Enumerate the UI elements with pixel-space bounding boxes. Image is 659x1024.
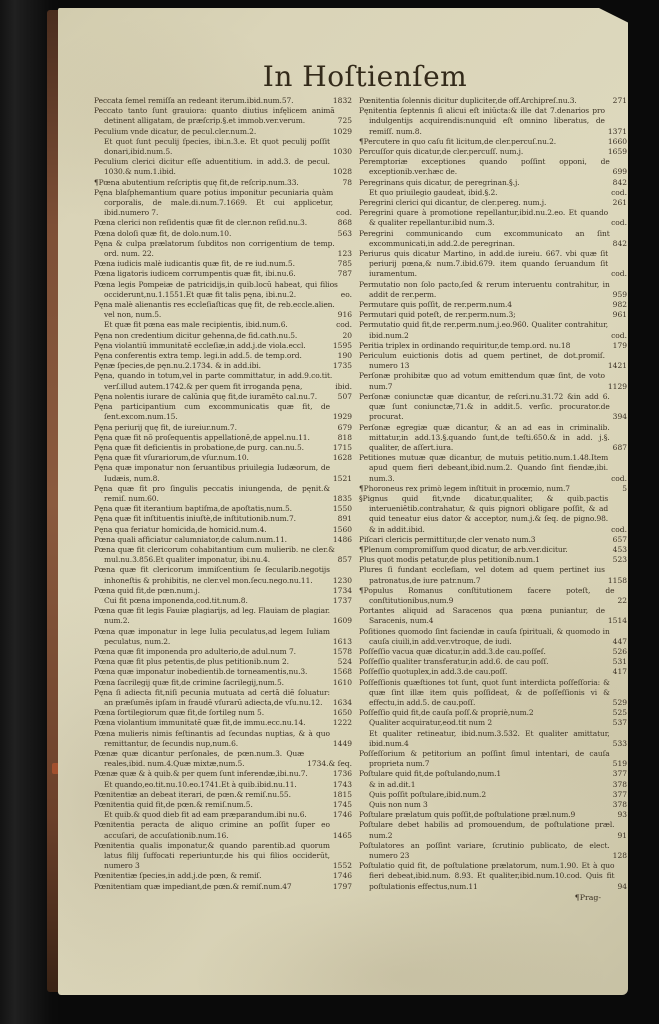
entry-number: cod.	[333, 320, 352, 330]
entry-number: 20	[339, 331, 352, 341]
entry-text: Periculum euictionis dotis ad quem perti…	[359, 351, 605, 371]
entry-number: 959	[610, 290, 627, 300]
entry-number: 507	[335, 392, 352, 402]
index-entry: Pœnitentia qualis imponatur,& quando par…	[94, 841, 352, 872]
entry-text: ¶Plenum compromiſſum quod dicatur, de ar…	[359, 545, 610, 555]
entry-text: & in ad.dit.1	[359, 780, 610, 790]
entry-text: Pœna quæ fit imponenda pro adulterio,de …	[94, 647, 330, 657]
entry-number: 1734.& ſeq.	[304, 759, 352, 769]
index-entry: ¶Phoroneus rex primò legem inſtituit in …	[359, 484, 627, 494]
entry-text: §Pignus quid fit,vnde dicatur,qualiter, …	[359, 494, 608, 535]
entry-number: 1560	[330, 525, 352, 535]
entry-number: 1610	[330, 678, 352, 688]
index-entry: Pęna quæ fit vſurariorum,de vſur.num.10.…	[94, 453, 352, 463]
entry-number: 1613	[330, 637, 352, 647]
entry-number: 1158	[605, 576, 627, 586]
entry-text: ¶Pœna abutentium reſcriptis quę fit,de r…	[94, 178, 339, 188]
entry-text: Pęnitentia ſeptennis ſi alicui eſt iniūc…	[359, 106, 605, 137]
entry-text: Et quando,eo.tit.nu.10.eo.1741.Et à quib…	[94, 780, 330, 790]
index-entry: Et qualiter retineatur, ibid.num.3.532. …	[359, 729, 627, 749]
index-entry: Permutare quis poſſit, de rer.perm.num.4…	[359, 300, 627, 310]
entry-text: Quis poſſit poſtulare,ibid.num.2	[359, 790, 610, 800]
entry-text: Poſſeſſio qualiter transferatur,in add.6…	[359, 657, 610, 667]
entry-number: 961	[610, 310, 627, 320]
entry-number: 787	[335, 269, 352, 279]
entry-number: 394	[610, 412, 627, 422]
entry-number: 687	[610, 443, 627, 453]
entry-text: Pœna ligatoris iudicem corrumpentis quæ …	[94, 269, 335, 279]
index-entry: Pęna non credentium dicitur gehenna,de f…	[94, 331, 352, 341]
entry-text: Et quæ fit pœna eas male recipientis, ib…	[94, 320, 333, 330]
entry-text: Poſtulatio quid fit, de poſtulatione præ…	[359, 861, 614, 892]
entry-text: Pœna quæ fit plus petentis,de plus petit…	[94, 657, 335, 667]
entry-number: 1230	[330, 576, 352, 586]
index-entry: Pœnitentiæ ſpecies,in add.j.de pœn, & re…	[94, 871, 352, 881]
entry-text: Pęna quæ fit pro ſingulis peccatis iniun…	[94, 484, 330, 504]
entry-number: 842	[610, 239, 627, 249]
index-entry: Periculum euictionis dotis ad quem perti…	[359, 351, 627, 371]
entry-text: Et quo priuilegio gaudeat, ibid.§.2.	[359, 188, 608, 198]
index-entry: Pœna ſacrilegij quæ fit,de crimine ſacri…	[94, 678, 352, 688]
entry-number: 529	[610, 698, 627, 708]
entry-number: 378	[610, 780, 627, 790]
entry-number: cod.	[608, 269, 627, 279]
entry-text: Pęna periurij quę fit, de iureiur.num.7.	[94, 423, 335, 433]
entry-text: Pęna, quando in totum,vel in parte commi…	[94, 371, 332, 391]
index-entry: ¶Pœna abutentium reſcriptis quę fit,de r…	[94, 178, 352, 188]
entry-number: 1929	[330, 412, 352, 422]
index-entry: Peccata ſemel remiſſa an redeant iterum.…	[94, 96, 352, 106]
entry-text: Pœna quali afficiatur calumniator,de cal…	[94, 535, 330, 545]
entry-number: 1028	[330, 167, 352, 177]
entry-text: Pęna quæ fit nō proſequentis appellation…	[94, 433, 335, 443]
entry-number: cod.	[608, 331, 627, 341]
entry-number: 1743	[330, 780, 352, 790]
entry-text: Pęna quæ imponatur non ſeruantibus priui…	[94, 463, 330, 483]
entry-text: Pœna quæ imponatur in lege Iulia peculat…	[94, 627, 330, 647]
entry-text: Peregrini communicando cum excommunicato…	[359, 229, 610, 249]
entry-number: 1578	[330, 647, 352, 657]
entry-text: Plus quot modis petatur,de plus petition…	[359, 555, 610, 565]
index-entry: Pœnitentiæ an debeat iterari, de pœn.& r…	[94, 790, 352, 800]
index-entry: Perſonæ prohibitæ quo ad votum emittendu…	[359, 371, 627, 391]
index-entry: Pęna, quando in totum,vel in parte commi…	[94, 371, 352, 391]
catchword: ¶Prag-	[359, 893, 627, 903]
entry-number: 524	[335, 657, 352, 667]
index-entry: Pęna blaſphemantium quare potius imponit…	[94, 188, 352, 219]
index-entry: Poſſeſſio quotuplex,in add.3.de cau.poſſ…	[359, 667, 627, 677]
entry-text: Pœnitentiæ an debeat iterari, de pœn.& r…	[94, 790, 330, 800]
entry-text: Poſſeſſionis quæſtiones tot ſunt, quot ſ…	[359, 678, 610, 709]
entry-text: Poſtulare debet habilis ad promouendum, …	[359, 820, 614, 840]
entry-text: ¶Populus Romanus conſtitutionem facere p…	[359, 586, 614, 606]
index-entry: Plus quot modis petatur,de plus petition…	[359, 555, 627, 565]
entry-number: 1650	[330, 708, 352, 718]
index-entry: ¶Percutere in quo caſu fit licitum,de cl…	[359, 137, 627, 147]
index-entry: Peregrini quare à promotione repellantur…	[359, 208, 627, 228]
index-entry: Percuſſor quis dicatur,de cler.percuſſ. …	[359, 147, 627, 157]
entry-number: 537	[610, 718, 627, 728]
entry-number: cod.	[608, 525, 627, 535]
index-entry: Poſtulare prælatum quis poſſit,de poſtul…	[359, 810, 627, 820]
index-entry: Pœna mulieris nimis feſtinantis ad ſecun…	[94, 729, 352, 749]
entry-number: 699	[610, 167, 627, 177]
entry-text: Permutare quis poſſit, de rer.perm.num.4	[359, 300, 610, 310]
entry-number: 1832	[330, 96, 352, 106]
entry-number: 1595	[330, 341, 352, 351]
entry-text: Pęna quæ fit inſtituentis iniuſtè,de inſ…	[94, 514, 335, 524]
index-entry: Peregrinans quis dicatur, de peregrinan.…	[359, 178, 627, 188]
entry-text: Pœna mulieris nimis feſtinantis ad ſecun…	[94, 729, 330, 749]
index-entry: Peremptoriæ exceptiones quando poſſint o…	[359, 157, 627, 177]
entry-number: 377	[610, 769, 627, 779]
entry-text: Peregrini quare à promotione repellantur…	[359, 208, 608, 228]
entry-number: 1660	[605, 137, 627, 147]
entry-text: Pœna quæ fit clericorum immiſcentium ſe …	[94, 565, 330, 585]
index-entry: Pœna violantium immunitatē quæ fit,de im…	[94, 718, 352, 728]
index-entry: Poſtulatio quid fit, de poſtulatione præ…	[359, 861, 627, 892]
index-entry: Poſſeſſio vacua quæ dicatur,in add.3.de …	[359, 647, 627, 657]
index-entry: Pęna violantiū immunitatē eccleſiæ,in ad…	[94, 341, 352, 351]
entry-number: 679	[335, 423, 352, 433]
entry-text: Poſſeſſorium & petitorium an poſſint ſim…	[359, 749, 610, 769]
entry-text: Poſſeſſio quid fit,de cauſa poſſ.& propr…	[359, 708, 610, 718]
entry-number: 891	[335, 514, 352, 524]
entry-text: Percuſſor quis dicatur,de cler.percuſſ. …	[359, 147, 605, 157]
index-entry: Permutari quid poteſt, de rer.perm.num.3…	[359, 310, 627, 320]
index-entry: Pęna participantium cum excommunicatis q…	[94, 402, 352, 422]
entry-number: 1745	[330, 800, 352, 810]
entry-number: eo.	[338, 290, 352, 300]
index-entry: Pęna periurij quę fit, de iureiur.num.7.…	[94, 423, 352, 433]
entry-text: Poſtulare quid fit,de poſtulando,num.1	[359, 769, 610, 779]
index-entry: Pęna malè alienantis res eccleſiaſticas …	[94, 300, 352, 320]
index-entry: Portantes aliquid ad Saracenos qua pœna …	[359, 606, 627, 626]
index-entry: Et quæ fit pœna eas male recipientis, ib…	[94, 320, 352, 330]
index-entry: Pœna quæ fit plus petentis,de plus petit…	[94, 657, 352, 667]
index-entry: Pęna nolentis iurare de calūnia quę fit,…	[94, 392, 352, 402]
entry-number: 525	[610, 708, 627, 718]
entry-number: 417	[610, 667, 627, 677]
entry-number: 1797	[330, 882, 352, 892]
entry-number: 1609	[330, 616, 352, 626]
entry-text: Petitiones mutuæ quæ dicantur, de mutuis…	[359, 453, 608, 484]
index-entry: Pœnitentia ſolennis dicitur dupliciter,d…	[359, 96, 627, 106]
entry-text: Pęna qua feriatur homicida,de homicid.nu…	[94, 525, 330, 535]
index-entry: Pœna quæ imponatur inobedientib.de torne…	[94, 667, 352, 677]
index-entry: Pœna quæ fit legis Fauiæ plagiarijs, ad …	[94, 606, 352, 626]
entry-number: 1222	[330, 718, 352, 728]
entry-text: Peritia triplex in ordinando requiritur,…	[359, 341, 610, 351]
entry-text: Poſtulare prælatum quis poſſit,de poſtul…	[359, 810, 614, 820]
index-entry: Perſonæ coniunctæ quæ dicantur, de reſcr…	[359, 392, 627, 423]
entry-number: cod.	[608, 188, 627, 198]
entry-number: 1634	[330, 698, 352, 708]
index-entry: Poſſeſſio qualiter transferatur,in add.6…	[359, 657, 627, 667]
index-entry: Pęnæ ſpecies,de pęn.nu.2.1734. & in add.…	[94, 361, 352, 371]
entry-number: 179	[610, 341, 627, 351]
entry-text: Perſonæ egregiæ quæ dicantur, & an ad ea…	[359, 423, 610, 454]
entry-text: Pœna ſacrilegij quæ fit,de crimine ſacri…	[94, 678, 330, 688]
entry-text: Poſtulatores an poſſint variare, ſcrutin…	[359, 841, 610, 861]
entry-number: 523	[610, 555, 627, 565]
entry-number: 531	[610, 657, 627, 667]
entry-text: Pœna ſortilegiorum quæ fit,de ſortileg n…	[94, 708, 330, 718]
entry-number: 519	[610, 759, 627, 769]
entry-text: Pęna conferentis extra temp. legi.in add…	[94, 351, 335, 361]
entry-number: 1568	[330, 667, 352, 677]
column-left: Peccata ſemel remiſſa an redeant iterum.…	[94, 96, 352, 903]
index-entry: Peculium clerici dicitur eſſe aduentitiu…	[94, 157, 352, 177]
entry-text: Permutari quid poteſt, de rer.perm.num.3…	[359, 310, 610, 320]
entry-number: 93	[614, 810, 627, 820]
entry-text: Pœna quid fit,de pœn.num.j.	[94, 586, 330, 596]
index-entry: Permutatio quid fit,de rer.perm.num.j.eo…	[359, 320, 627, 340]
index-entry: §Pignus quid fit,vnde dicatur,qualiter, …	[359, 494, 627, 535]
index-entry: Pęna conferentis extra temp. legi.in add…	[94, 351, 352, 361]
entry-number: 982	[610, 300, 627, 310]
index-entry: Poſtulatores an poſſint variare, ſcrutin…	[359, 841, 627, 861]
entry-number: 128	[610, 851, 627, 861]
index-entry: & in ad.dit.1 378	[359, 780, 627, 790]
index-entry: ¶Populus Romanus conſtitutionem facere p…	[359, 586, 627, 606]
entry-text: Pęna participantium cum excommunicatis q…	[94, 402, 330, 422]
entry-number: 1835	[330, 494, 352, 504]
entry-text: Permutatio quid fit,de rer.perm.num.j.eo…	[359, 320, 608, 340]
index-entry: Qualiter acquiratur,eod.tit num 2 537	[359, 718, 627, 728]
entry-text: Pœna quæ imponatur inobedientib.de torne…	[94, 667, 330, 677]
index-entry: Piſcari clericis permittitur,de cler ven…	[359, 535, 627, 545]
index-entry: Pœnitentiam quæ impediant,de pœn.& remiſ…	[94, 882, 352, 892]
index-entry: Peccato tanto ſunt grauiora: quanto diut…	[94, 106, 352, 126]
entry-number: 1371	[605, 127, 627, 137]
entry-number: 1550	[330, 504, 352, 514]
entry-number: 1628	[330, 453, 352, 463]
index-entry: Pœnæ quæ dicantur perſonales, de pœn.num…	[94, 749, 352, 769]
column-right: Pœnitentia ſolennis dicitur dupliciter,d…	[359, 96, 627, 903]
index-entry: Pœna quid fit,de pœn.num.j. 1734	[94, 586, 352, 596]
entry-text: Pęna nolentis iurare de calūnia quę fit,…	[94, 392, 335, 402]
entry-number: 657	[610, 535, 627, 545]
entry-text: Et quot ſunt peculij ſpecies, ibi.n.3.e.…	[94, 137, 330, 157]
entry-text: Pœnæ quæ & à quib.& per quem ſunt infere…	[94, 769, 330, 779]
entry-text: Pœnitentia qualis imponatur,& quando par…	[94, 841, 330, 872]
entry-number: 1465	[330, 831, 352, 841]
entry-text: Permutatio non ſolo pacto,ſed & rerum in…	[359, 280, 610, 300]
entry-number: cod.	[333, 208, 352, 218]
index-entry: Et quo priuilegio gaudeat, ibid.§.2. cod…	[359, 188, 627, 198]
index-entry: Poſſeſſionis quæſtiones tot ſunt, quot ſ…	[359, 678, 627, 709]
entry-text: Pęna & culpa prælatorum ſubditos non cor…	[94, 239, 335, 259]
entry-number: 533	[610, 739, 627, 749]
index-entry: Pœna quæ fit clericorum cohabitantium cu…	[94, 545, 352, 565]
index-entry: Pęnitentia ſeptennis ſi alicui eſt iniūc…	[359, 106, 627, 137]
index-entry: Pęna quæ fit pro ſingulis peccatis iniun…	[94, 484, 352, 504]
entry-number: 1552	[330, 861, 352, 871]
index-entry: Pęna quæ fit deficientis in probatione,d…	[94, 443, 352, 453]
entry-number: 1715	[330, 443, 352, 453]
entry-number: 1734	[330, 586, 352, 596]
entry-number: 1736	[330, 769, 352, 779]
index-entry: Pœna quæ imponatur in lege Iulia peculat…	[94, 627, 352, 647]
entry-number: 1421	[605, 361, 627, 371]
entry-number: 377	[610, 790, 627, 800]
index-entry: Permutatio non ſolo pacto,ſed & rerum in…	[359, 280, 627, 300]
entry-number: 1746	[330, 871, 352, 881]
entry-text: Pęna ſi adiecta fit,niſi pecunia mutuata…	[94, 688, 330, 708]
entry-number: 842	[610, 178, 627, 188]
entry-number: 1514	[605, 616, 627, 626]
index-entry: Pęna quæ fit iterantium baptiſma,de apoſ…	[94, 504, 352, 514]
index-entry: Pęna & culpa prælatorum ſubditos non cor…	[94, 239, 352, 259]
index-entry: Poſſeſſio quid fit,de cauſa poſſ.& propr…	[359, 708, 627, 718]
entry-number: 785	[335, 259, 352, 269]
entry-number: 1815	[330, 790, 352, 800]
entry-text: Pœnitentiam quæ impediant,de pœn.& remiſ…	[94, 882, 330, 892]
entry-text: Pœnitentiæ ſpecies,in add.j.de pœn, & re…	[94, 871, 330, 881]
entry-number: 725	[335, 116, 352, 126]
entry-number: 271	[610, 96, 627, 106]
entry-text: Pœna legis Pompeiæ de patricidijs,in qui…	[94, 280, 338, 300]
index-entry: Pœna clerici non reſidentis quæ fit de c…	[94, 218, 352, 228]
entry-number: cod.	[608, 474, 627, 484]
entry-text: Peregrini clerici qui dicantur, de cler.…	[359, 198, 610, 208]
index-entry: Pœna ligatoris iudicem corrumpentis quæ …	[94, 269, 352, 279]
entry-number: 1737	[330, 596, 352, 606]
entry-number: 563	[335, 229, 352, 239]
entry-text: Pœna violantium immunitatē quæ fit,de im…	[94, 718, 330, 728]
entry-text: ¶Percutere in quo caſu fit licitum,de cl…	[359, 137, 605, 147]
entry-number: 22	[614, 596, 627, 606]
book-page: In Hoſtienſem Peccata ſemel remiſſa an r…	[58, 8, 628, 995]
index-entry: Pœna doloſi quæ fit, de dolo.num.10. 563	[94, 229, 352, 239]
index-entry: Pœna ſortilegiorum quæ fit,de ſortileg n…	[94, 708, 352, 718]
index-entry: Poſitiones quomodo ſint faciendæ in cauſ…	[359, 627, 627, 647]
index-entry: Perſonæ egregiæ quæ dicantur, & an ad ea…	[359, 423, 627, 454]
index-entry: Pœna legis Pompeiæ de patricidijs,in qui…	[94, 280, 352, 300]
entry-number: 378	[610, 800, 627, 810]
index-entry: Plures ſi fundant eccleſiam, vel dotem a…	[359, 565, 627, 585]
entry-number: 526	[610, 647, 627, 657]
entry-text: Et quib.& quod dieb fit ad eam præparand…	[94, 810, 330, 820]
index-entry: Quis poſſit poſtulare,ibid.num.2 377	[359, 790, 627, 800]
entry-text: Qualiter acquiratur,eod.tit num 2	[359, 718, 610, 728]
entry-number: 1486	[330, 535, 352, 545]
entry-number: cod.	[608, 218, 627, 228]
entry-text: Pęna quæ fit deficientis in probatione,d…	[94, 443, 330, 453]
entry-text: Pœna doloſi quæ fit, de dolo.num.10.	[94, 229, 335, 239]
entry-number: 1030	[330, 147, 352, 157]
entry-text: Piſcari clericis permittitur,de cler ven…	[359, 535, 610, 545]
entry-number: 447	[610, 637, 627, 647]
entry-text: Cui fit pœna imponenda,cod.tit.num.8.	[94, 596, 330, 606]
index-entry: Pœnitentia quid fit,de pœn.& remiſ.num.5…	[94, 800, 352, 810]
entry-text: Pœna clerici non reſidentis quæ fit de c…	[94, 218, 335, 228]
entry-number: 5	[619, 484, 627, 494]
entry-text: Pœnitentia peracta de aliquo crimine an …	[94, 820, 330, 840]
index-entry: Poſtulare debet habilis ad promouendum, …	[359, 820, 627, 840]
index-columns: Peccata ſemel remiſſa an redeant iterum.…	[94, 96, 627, 903]
index-entry: Pœna quæ fit imponenda pro adulterio,de …	[94, 647, 352, 657]
entry-number: ibid.	[332, 382, 352, 392]
index-entry: Pœnitentia peracta de aliquo crimine an …	[94, 820, 352, 840]
entry-text: Pœna iudicis malè iudicantis quæ fit, de…	[94, 259, 335, 269]
index-entry: Pęna ſi adiecta fit,niſi pecunia mutuata…	[94, 688, 352, 708]
entry-text: Peregrinans quis dicatur, de peregrinan.…	[359, 178, 610, 188]
entry-number: 868	[335, 218, 352, 228]
index-entry: Peritia triplex in ordinando requiritur,…	[359, 341, 627, 351]
entry-number: 91	[614, 831, 627, 841]
index-entry: Et quot ſunt peculij ſpecies, ibi.n.3.e.…	[94, 137, 352, 157]
entry-text: Pœnitentia quid fit,de pœn.& remiſ.num.5…	[94, 800, 330, 810]
entry-number: 1521	[330, 474, 352, 484]
index-entry: Pęna quæ imponatur non ſeruantibus priui…	[94, 463, 352, 483]
entry-number: 857	[335, 555, 352, 565]
entry-text: Peccato tanto ſunt grauiora: quanto diut…	[94, 106, 335, 126]
entry-number: 123	[335, 249, 352, 259]
entry-text: Peculium clerici dicitur eſſe aduentitiu…	[94, 157, 330, 177]
entry-text: Pęna blaſphemantium quare potius imponit…	[94, 188, 333, 219]
index-entry: Peregrini clerici qui dicantur, de cler.…	[359, 198, 627, 208]
entry-number: 1659	[605, 147, 627, 157]
entry-text: ¶Phoroneus rex primò legem inſtituit in …	[359, 484, 619, 494]
entry-text: Pœnitentia ſolennis dicitur dupliciter,d…	[359, 96, 610, 106]
index-entry: Periurus quis dicatur Martino, in add.de…	[359, 249, 627, 280]
index-entry: Quis non num 3 378	[359, 800, 627, 810]
entry-text: Pœna quæ fit legis Fauiæ plagiarijs, ad …	[94, 606, 330, 626]
entry-number: 818	[335, 433, 352, 443]
entry-text: Pęna violantiū immunitatē eccleſiæ,in ad…	[94, 341, 330, 351]
index-entry: Pœnæ quæ & à quib.& per quem ſunt infere…	[94, 769, 352, 779]
page-title: In Hoſtienſem	[58, 60, 628, 93]
entry-number: 453	[610, 545, 627, 555]
entry-text: Pœnæ quæ dicantur perſonales, de pœn.num…	[94, 749, 304, 769]
index-entry: Pœna iudicis malè iudicantis quæ fit, de…	[94, 259, 352, 269]
index-entry: Pœna quali afficiatur calumniator,de cal…	[94, 535, 352, 545]
entry-text: Pęna quæ fit vſurariorum,de vſur.num.10.	[94, 453, 330, 463]
entry-number: 1449	[330, 739, 352, 749]
index-entry: Pęna quæ fit inſtituentis iniuſtè,de inſ…	[94, 514, 352, 524]
entry-text: Poſſeſſio vacua quæ dicatur,in add.3.de …	[359, 647, 610, 657]
index-entry: Peregrini communicando cum excommunicato…	[359, 229, 627, 249]
entry-text: Perſonæ prohibitæ quo ad votum emittendu…	[359, 371, 605, 391]
index-entry: Poſtulare quid fit,de poſtulando,num.1 3…	[359, 769, 627, 779]
index-entry: Petitiones mutuæ quæ dicantur, de mutuis…	[359, 453, 627, 484]
entry-number: 261	[610, 198, 627, 208]
entry-number: 1735	[330, 361, 352, 371]
entry-text: Plures ſi fundant eccleſiam, vel dotem a…	[359, 565, 605, 585]
entry-text: Et qualiter retineatur, ibid.num.3.532. …	[359, 729, 610, 749]
index-entry: Pęna quæ fit nō proſequentis appellation…	[94, 433, 352, 443]
entry-text: Portantes aliquid ad Saracenos qua pœna …	[359, 606, 605, 626]
entry-number: 78	[339, 178, 352, 188]
index-entry: Pœna quæ fit clericorum immiſcentium ſe …	[94, 565, 352, 585]
entry-number: 94	[614, 882, 627, 892]
index-entry: Cui fit pœna imponenda,cod.tit.num.8. 17…	[94, 596, 352, 606]
entry-text: Pœna quæ fit clericorum cohabitantium cu…	[94, 545, 335, 565]
entry-number: 1029	[330, 127, 352, 137]
entry-text: Quis non num 3	[359, 800, 610, 810]
index-entry: Peculium vnde dicatur, de pecul.cler.num…	[94, 127, 352, 137]
entry-text: Peremptoriæ exceptiones quando poſſint o…	[359, 157, 610, 177]
entry-text: Pęna non credentium dicitur gehenna,de f…	[94, 331, 339, 341]
index-entry: ¶Plenum compromiſſum quod dicatur, de ar…	[359, 545, 627, 555]
entry-text: Perſonæ coniunctæ quæ dicantur, de reſcr…	[359, 392, 610, 423]
entry-text: Pęna malè alienantis res eccleſiaſticas …	[94, 300, 335, 320]
entry-number: 1129	[605, 382, 627, 392]
entry-text: Poſitiones quomodo ſint faciendæ in cauſ…	[359, 627, 610, 647]
index-entry: Et quando,eo.tit.nu.10.eo.1741.Et à quib…	[94, 780, 352, 790]
